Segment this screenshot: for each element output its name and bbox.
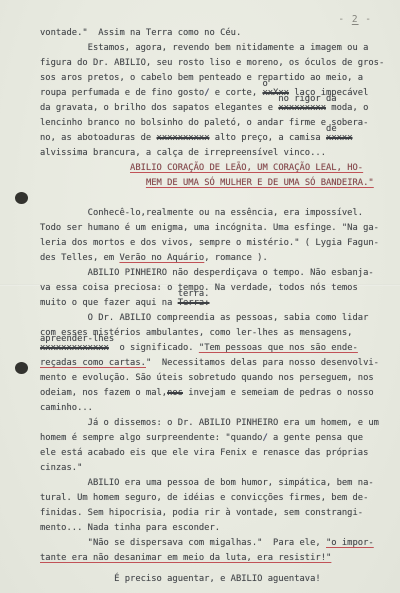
text-segment: nos [167, 388, 183, 398]
text-segment: tante era não desanimar em meio da luta,… [40, 553, 331, 563]
text-segment: sos aros pretos, o cabelo bem penteado e… [40, 73, 363, 83]
text-segment: e corte, [209, 88, 262, 98]
text-segment: vontade." Assim na Terra como no Céu. [40, 28, 241, 38]
text-segment: , romance ). [204, 253, 268, 263]
text-segment: mento... Nada tinha para esconder. [40, 523, 220, 533]
text-segment: alvissima brancura, a calça de irrepreen… [40, 148, 326, 158]
text-line: MEM DE UMA SÓ MULHER E DE UMA SÓ BANDEIR… [40, 176, 394, 191]
text-segment: Estamos, agora, revendo bem nitidamente … [40, 43, 368, 53]
text-segment: leria dos mortos e dos vivos, sempre o m… [40, 238, 379, 248]
text-segment: reçadas como cartas. [40, 358, 146, 368]
text-segment [40, 163, 130, 173]
text-segment: Verão no Aquário [119, 253, 204, 263]
text-line: É preciso aguentar, e ABILIO aguentava! [40, 572, 394, 587]
page-number-prefix: - [338, 14, 351, 25]
hole-punch-dot [15, 192, 28, 204]
text-segment: moda, o [326, 103, 368, 113]
text-line: cinzas." [40, 461, 394, 476]
text-line: Conhecê-lo,realmente ou na essência, era… [40, 206, 394, 221]
text-line: des Telles, em Verão no Aquário, romance… [40, 251, 394, 266]
text-segment: figura do Dr. ABILIO, seu rosto liso e m… [40, 58, 384, 68]
text-segment: xxxxxxxxxx [157, 133, 210, 143]
text-segment: des Telles, em [40, 253, 119, 263]
text-segment: muito o que fazer aqui na [40, 298, 178, 308]
text-segment: Terra: [178, 298, 210, 308]
text-segment: Já o dissemos: o Dr. ABILIO PINHEIRO era… [40, 418, 379, 428]
text-line: O Dr. ABILIO compreendia as pessoas, sab… [40, 311, 394, 326]
text-segment: invejam e semeiam de pedras o nosso [183, 388, 374, 398]
text-line: homem é sempre algo surpreendente: "quan… [40, 431, 394, 446]
text-line: mento... Nada tinha para esconder. [40, 521, 394, 536]
text-segment: "o impor- [326, 538, 374, 548]
text-line: "Não se dispersava com migalhas." Para e… [40, 536, 394, 551]
text-segment: caminho... [40, 403, 93, 413]
text-segment: xxxxxxxxxxxxx [40, 343, 109, 353]
text-line: alvissima brancura, a calça de irrepreen… [40, 146, 394, 161]
text-segment: ABILIO CORAÇÃO DE LEÃO, UM CORAÇÃO LEAL,… [130, 163, 363, 173]
text-segment: ABILIO era uma pessoa de bom humor, simp… [40, 478, 374, 488]
text-segment: MEM DE UMA SÓ MULHER E DE UMA SÓ BANDEIR… [146, 178, 374, 188]
text-line [40, 191, 394, 206]
text-line: reçadas como cartas." Necessitamos delas… [40, 356, 394, 371]
hole-punch-dot [15, 362, 28, 374]
text-segment: mento e evolução. São úteis sobretudo qu… [40, 373, 374, 383]
text-segment: O Dr. ABILIO compreendia as pessoas, sab… [40, 313, 368, 323]
text-segment: "Não se dispersava com migalhas." Para e… [40, 538, 326, 548]
text-line: da gravata, o brilho dos sapatos elegant… [40, 101, 394, 116]
text-segment: tural. Um homem seguro, de idéias e conv… [40, 493, 368, 503]
text-segment: xxxxxxxxx [278, 103, 326, 113]
text-line: vontade." Assim na Terra como no Céu. [40, 26, 394, 41]
document-page: - 2 - vontade." Assim na Terra como no C… [0, 0, 400, 593]
typewritten-text: vontade." Assim na Terra como no Céu. Es… [40, 26, 394, 587]
text-segment: xxxxx [326, 133, 352, 143]
page-number-suffix: - [359, 14, 372, 25]
text-line: lencinho branco no bolsinho do paletó, o… [40, 116, 394, 131]
text-line: Todo ser humano é um enigma, uma incógni… [40, 221, 394, 236]
text-line: mento e evolução. São úteis sobretudo qu… [40, 371, 394, 386]
text-line: muito o que fazer aqui na terra.Terra: [40, 296, 394, 311]
text-line: tural. Um homem seguro, de idéias e conv… [40, 491, 394, 506]
text-segment: odeiam, nos fazem o mal, [40, 388, 167, 398]
text-segment: o significado. [109, 343, 199, 353]
text-line: ABILIO CORAÇÃO DE LEÃO, UM CORAÇÃO LEAL,… [40, 161, 394, 176]
text-line: ABILIO era uma pessoa de bom humor, simp… [40, 476, 394, 491]
text-line: tante era não desanimar em meio da luta,… [40, 551, 394, 566]
text-segment: roupa perfumada e de fino gosto [40, 88, 204, 98]
text-segment: finidas. Sem hipocrisia, podia rir à von… [40, 508, 363, 518]
text-segment: cinzas." [40, 463, 82, 473]
text-line: sos aros pretos, o cabelo bem penteado e… [40, 71, 394, 86]
text-line: ABILIO PINHEIRO não desperdiçava o tempo… [40, 266, 394, 281]
text-line: apreender-lhesxxxxxxxxxxxxx o significad… [40, 341, 394, 356]
text-segment: alto preço, a camisa [210, 133, 327, 143]
text-segment: no, as abotoaduras de [40, 133, 157, 143]
text-line: Estamos, agora, revendo bem nitidamente … [40, 41, 394, 56]
text-segment: homem é sempre algo surpreendente: "quan… [40, 433, 262, 443]
text-line: finidas. Sem hipocrisia, podia rir à von… [40, 506, 394, 521]
text-segment: a gente pensa que [268, 433, 363, 443]
text-segment: ele está acabado eis que ele vira Fenix … [40, 448, 368, 458]
text-segment: lencinho branco no bolsinho do paletó, o… [40, 118, 368, 128]
page-number: - 2 - [338, 14, 372, 25]
page-number-value: 2 [352, 14, 359, 25]
text-segment: "Tem pessoas que nos são ende- [199, 343, 358, 353]
text-segment: Conhecê-lo,realmente ou na essência, era… [40, 208, 363, 218]
text-line: roupa perfumada e de fino gosto/ e corte… [40, 86, 394, 101]
text-segment: É preciso aguentar, e ABILIO aguentava! [40, 574, 321, 584]
text-segment: da gravata, o brilho dos sapatos elegant… [40, 103, 278, 113]
text-line: odeiam, nos fazem o mal,nos invejam e se… [40, 386, 394, 401]
text-line: no, as abotoaduras de xxxxxxxxxx alto pr… [40, 131, 394, 146]
text-line: Já o dissemos: o Dr. ABILIO PINHEIRO era… [40, 416, 394, 431]
text-line: figura do Dr. ABILIO, seu rosto liso e m… [40, 56, 394, 71]
text-line: ele está acabado eis que ele vira Fenix … [40, 446, 394, 461]
text-segment [40, 178, 146, 188]
text-segment: ABILIO PINHEIRO não desperdiçava o tempo… [40, 268, 374, 278]
text-segment: " Necessitamos delas para nosso desenvol… [146, 358, 379, 368]
text-line: va essa coisa preciosa: o tempo. Na verd… [40, 281, 394, 296]
text-line: caminho... [40, 401, 394, 416]
text-line: leria dos mortos e dos vivos, sempre o m… [40, 236, 394, 251]
text-segment: Todo ser humano é um enigma, uma incógni… [40, 223, 379, 233]
